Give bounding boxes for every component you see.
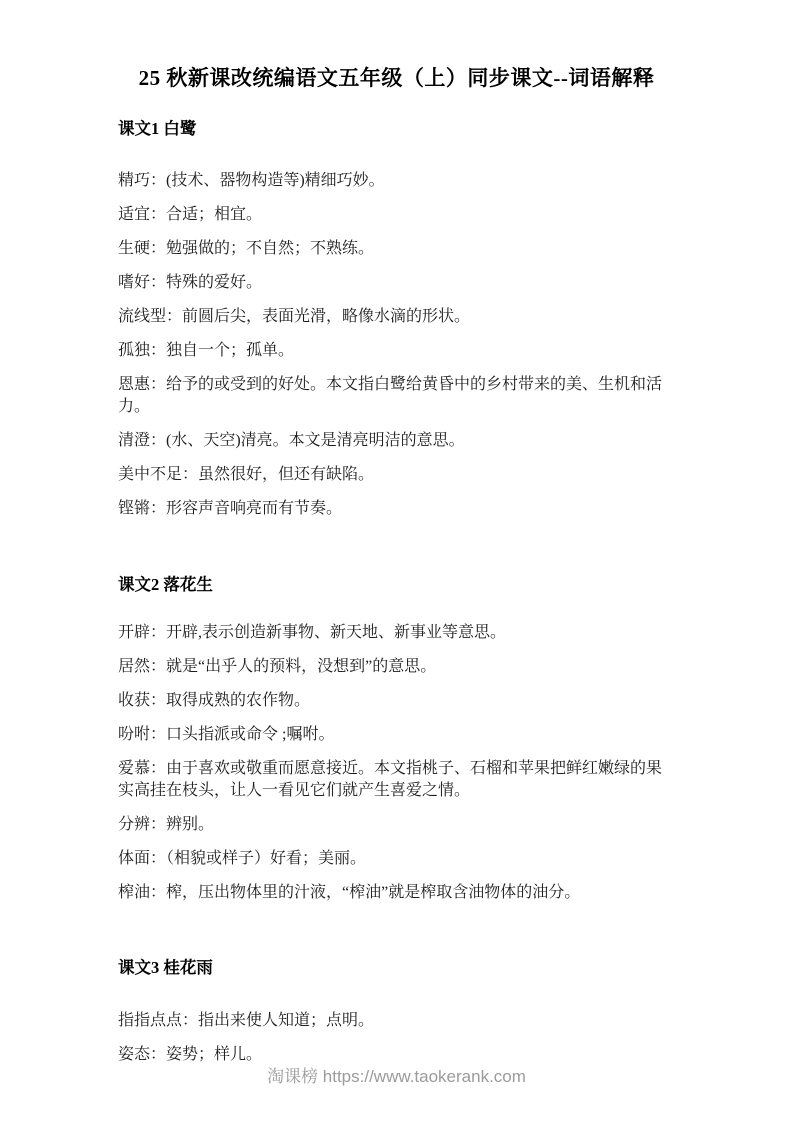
definition-entry: 恩惠：给予的或受到的好处。本文指白鹭给黄昏中的乡村带来的美、生机和活力。	[118, 374, 677, 418]
definition-entry: 流线型：前圆后尖，表面光滑，略像水滴的形状。	[118, 306, 677, 328]
definition-entry: 体面：（相貌或样子）好看；美丽。	[118, 848, 677, 870]
section-heading-lesson3: 课文3 桂花雨	[118, 957, 677, 979]
watermark-text: 淘课榜 https://www.taokerank.com	[267, 1067, 526, 1086]
definition-entry: 清澄：(水、天空)清亮。本文是清亮明洁的意思。	[118, 430, 677, 452]
definition-entry: 爱慕：由于喜欢或敬重而愿意接近。本文指桃子、石榴和苹果把鲜红嫩绿的果实高挂在枝头…	[118, 758, 677, 802]
definition-entry: 居然：就是“出乎人的预料，没想到”的意思。	[118, 656, 677, 678]
definition-entry: 精巧：(技术、器物构造等)精细巧妙。	[118, 170, 677, 192]
definition-entry: 指指点点：指出来使人知道；点明。	[118, 1010, 677, 1032]
watermark-footer: 淘课榜 https://www.taokerank.com	[0, 1064, 793, 1090]
definition-entry: 生硬：勉强做的；不自然；不熟练。	[118, 238, 677, 260]
definition-entry: 吩咐：口头指派或命令 ;嘱咐。	[118, 724, 677, 746]
section-heading-lesson2: 课文2 落花生	[118, 574, 677, 596]
definition-entry: 美中不足：虽然很好，但还有缺陷。	[118, 464, 677, 486]
definition-entry: 孤独：独自一个；孤单。	[118, 340, 677, 362]
definition-entry: 姿态：姿势；样儿。	[118, 1044, 677, 1066]
definition-entry: 收获：取得成熟的农作物。	[118, 690, 677, 712]
document-page: 25 秋新课改统编语文五年级（上）同步课文--词语解释 课文1 白鹭 精巧：(技…	[0, 0, 793, 1122]
document-content: 课文1 白鹭 精巧：(技术、器物构造等)精细巧妙。 适宜：合适；相宜。 生硬：勉…	[118, 118, 677, 1066]
definition-entry: 铿锵：形容声音响亮而有节奏。	[118, 498, 677, 520]
definition-entry: 分辨：辨别。	[118, 814, 677, 836]
document-title: 25 秋新课改统编语文五年级（上）同步课文--词语解释	[0, 0, 793, 90]
section-heading-lesson1: 课文1 白鹭	[118, 118, 677, 140]
definition-entry: 适宜：合适；相宜。	[118, 204, 677, 226]
definition-entry: 榨油：榨，压出物体里的汁液，“榨油”就是榨取含油物体的油分。	[118, 882, 677, 904]
definition-entry: 嗜好：特殊的爱好。	[118, 272, 677, 294]
definition-entry: 开辟：开辟,表示创造新事物、新天地、新事业等意思。	[118, 622, 677, 644]
